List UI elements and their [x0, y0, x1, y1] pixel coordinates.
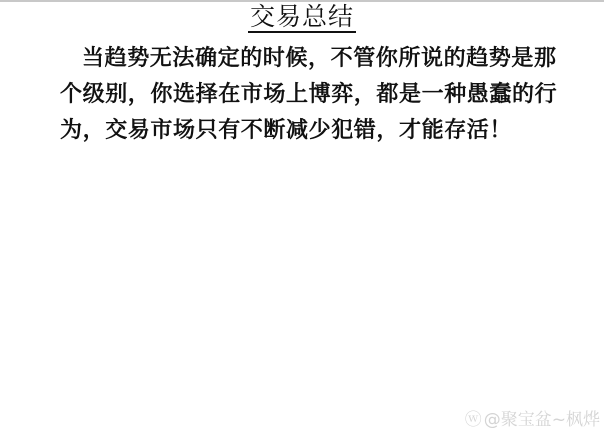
summary-paragraph: 当趋势无法确定的时候，不管你所说的趋势是那个级别，你选择在市场上博弈，都是一种愚…: [60, 40, 560, 148]
watermark-text: @聚宝盆~枫烨: [484, 410, 600, 430]
summary-text: 当趋势无法确定的时候，不管你所说的趋势是那个级别，你选择在市场上博弈，都是一种愚…: [60, 40, 560, 148]
page-title: 交易总结: [248, 2, 356, 33]
watermark: ⓦ@聚宝盆~枫烨: [465, 405, 600, 430]
page-title-container: 交易总结: [0, 2, 604, 33]
weibo-icon: ⓦ: [465, 405, 482, 430]
